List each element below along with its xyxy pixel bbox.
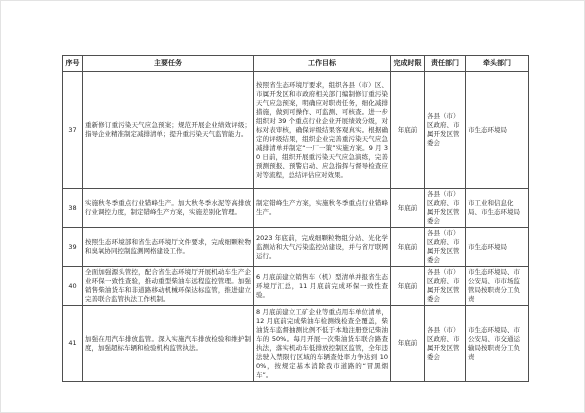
responsible-cell: 各县（市）区政府、市属开发区管委会	[425, 72, 466, 189]
deadline-cell: 年底前	[391, 228, 425, 267]
responsible-cell: 各县（市）区政府、市属开发区管委会	[425, 189, 466, 228]
task-cell: 按照生态环境部和省生态环境厅文件要求，完成细颗粒物和臭氧协同控制监测网格建设工作…	[83, 228, 254, 267]
row-number-cell: 40	[63, 267, 83, 306]
task-cell: 重新修订重污染天气应急预案；规范开展企业绩效评级；指导企业精准制定减排清单；提升…	[83, 72, 254, 189]
table-row: 41 加强在用汽车排放监管。深入实施汽车排放检验和维护制度，加强超标车辆和检验机…	[63, 306, 529, 382]
task-cell: 加强在用汽车排放监管。深入实施汽车排放检验和维护制度，加强超标车辆和检验机构监管…	[83, 306, 254, 382]
table-row: 37 重新修订重污染天气应急预案；规范开展企业绩效评级；指导企业精准制定减排清单…	[63, 72, 529, 189]
table-header-row: 序号 主要任务 工作目标 完成时限 责任部门 牵头部门	[63, 56, 529, 72]
goal-cell: 6 月底前建立销售车（机）型清单并报省生态环境厅汇总，11 月底前完成环保一致性…	[254, 267, 391, 306]
goal-cell: 2023 年底前，完成细颗粒物组分站、光化学监测站和大气污染监控站建设，并与省厅…	[254, 228, 391, 267]
column-header-lead: 牵头部门	[466, 56, 529, 72]
row-number-cell: 37	[63, 72, 83, 189]
goal-cell: 制定错峰生产方案，实施秋冬季重点行业错峰生产。	[254, 189, 391, 228]
goal-cell: 8 月底前建立工矿企业等重点用车单位清单，12 月底前完成柴油车检测线检查全覆盖…	[254, 306, 391, 382]
row-number-cell: 39	[63, 228, 83, 267]
deadline-cell: 年底前	[391, 72, 425, 189]
row-number-cell: 38	[63, 189, 83, 228]
responsible-cell: 各县（市）区政府、市属开发区管委会	[425, 228, 466, 267]
column-header-deadline: 完成时限	[391, 56, 425, 72]
column-header-number: 序号	[63, 56, 83, 72]
column-header-responsible: 责任部门	[425, 56, 466, 72]
lead-cell: 市生态环境局、市公安局、市交通运输局按职责分工负责	[466, 306, 529, 382]
lead-cell: 市生态环境局、市公安局、市市场监管局按职责分工负责	[466, 267, 529, 306]
table-row: 38 实施秋冬季重点行业错峰生产。加大秋冬季水泥等高排放行业调控力度，制定错峰生…	[63, 189, 529, 228]
responsible-cell: 各县（市）区政府、市属开发区管委会	[425, 267, 466, 306]
row-number-cell: 41	[63, 306, 83, 382]
table-row: 39 按照生态环境部和省生态环境厅文件要求，完成细颗粒物和臭氧协同控制监测网格建…	[63, 228, 529, 267]
task-cell: 全面加强源头管控，配合省生态环境厅开展机动车生产企业环保一致性查验，推动重型柴油…	[83, 267, 254, 306]
responsible-cell: 各县（市）区政府、市属开发区管委会	[425, 306, 466, 382]
column-header-task: 主要任务	[83, 56, 254, 72]
lead-cell: 市生态环境局	[466, 228, 529, 267]
lead-cell: 市工业和信息化局、市生态环境局	[466, 189, 529, 228]
deadline-cell: 年底前	[391, 189, 425, 228]
goal-cell: 按照省生态环境厅要求，组织各县（市）区、市属开发区和市政府相关部门编制修订重污染…	[254, 72, 391, 189]
document-page: { "document": { "table": { "headers": ["…	[0, 0, 585, 413]
table-row: 40 全面加强源头管控，配合省生态环境厅开展机动车生产企业环保一致性查验，推动重…	[63, 267, 529, 306]
deadline-cell: 年底前	[391, 306, 425, 382]
lead-cell: 市生态环境局	[466, 72, 529, 189]
column-header-goal: 工作目标	[254, 56, 391, 72]
task-cell: 实施秋冬季重点行业错峰生产。加大秋冬季水泥等高排放行业调控力度，制定错峰生产方案…	[83, 189, 254, 228]
task-table: 序号 主要任务 工作目标 完成时限 责任部门 牵头部门 37 重新修订重污染天气…	[62, 55, 529, 382]
deadline-cell: 年底前	[391, 267, 425, 306]
